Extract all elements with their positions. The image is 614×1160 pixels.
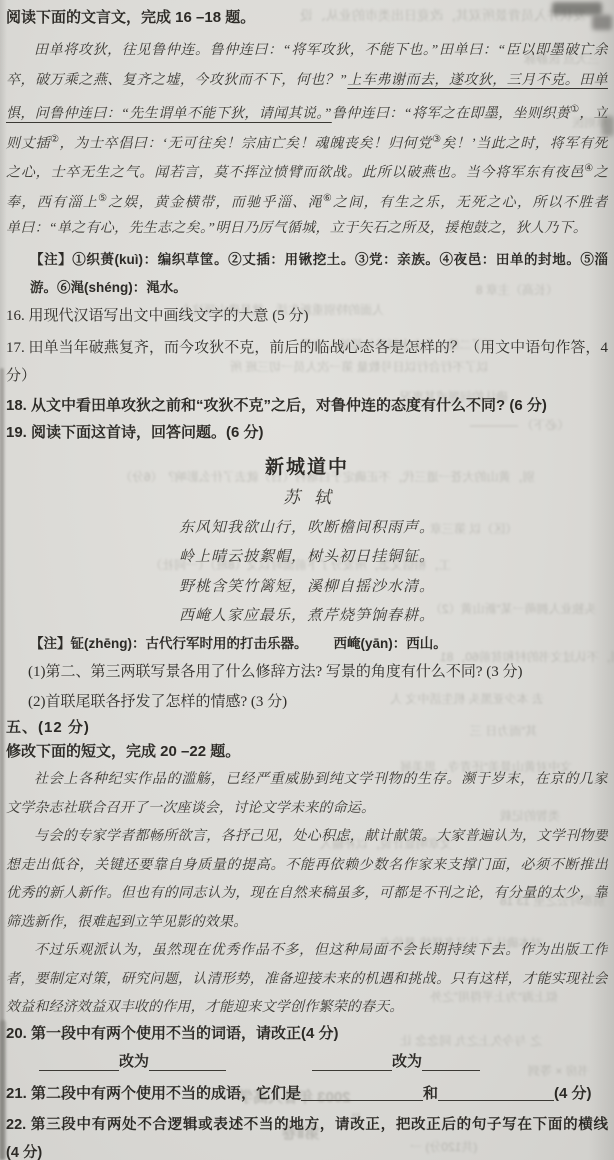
- text-line: 社会上各种纪实作品的滥觞，已经严重威胁到纯文学刊物的生存。濒于岁末，在京的几家: [6, 766, 608, 795]
- text-segment: 与会的专家学者都畅所欲言，各抒己见，处心积虑，献计献策。大家普遍认为，文学刊物要: [34, 829, 608, 844]
- text-line: 文学杂志社联合召开了一次座谈会，讨论文学未来的命运。: [6, 795, 608, 824]
- footnote-marker: ①: [570, 104, 579, 115]
- essay-paragraph-3: 不过乐观派认为，虽然现在优秀作品不多，但这种局面不会长期持续下去。作为出版工作者…: [6, 937, 608, 1023]
- text-segment: 之: [594, 166, 608, 181]
- text-line: (4 分): [6, 1140, 608, 1160]
- question-20: 20. 第一段中有两个使用不当的词语，请改正(4 分): [6, 1022, 608, 1043]
- text-line: 东风知我欲山行，吹断檐间积雨声。: [6, 514, 608, 543]
- question-22: 22. 第三段中有两处不合逻辑或表述不当的地方，请改正，把改正后的句子写在下面的…: [6, 1112, 608, 1160]
- classical-passage: 田单将攻狄，往见鲁仲连。鲁仲连曰：“将军攻狄，不能下也。”田单曰：“臣以即墨破亡…: [6, 36, 608, 243]
- text-line: 卒，破万乘之燕、复齐之墟，今攻狄而不下，何也？”上车弗谢而去，遂攻狄，三月不克。…: [6, 66, 608, 96]
- footnote-marker: ④: [584, 163, 594, 174]
- text-segment: 则丈插: [6, 136, 50, 151]
- text-segment: 奉，西有淄上: [6, 196, 98, 211]
- text-segment: ，为士卒倡曰：‘无可往矣！宗庙亡矣！魂魄丧矣！归何党: [59, 136, 432, 151]
- text-segment: 东风知我欲山行，吹断檐间积雨声。: [179, 520, 435, 536]
- q20-blank-2: [149, 1056, 226, 1071]
- q20-blank-4: [422, 1056, 480, 1071]
- poem-body: 东风知我欲山行，吹断檐间积雨声。岭上晴云披絮帽，树头初日挂铜钲。野桃含笑竹篱短，…: [6, 514, 608, 632]
- text-line: 【注】①织蒉(kuì)：编织草筐。②丈插：用锹挖土。③党：亲族。④夜邑：田单的封…: [30, 246, 608, 274]
- section-intro-line: 阅读下面的文言文，完成 16 –18 题。: [6, 6, 608, 27]
- question-16: 16. 用现代汉语写出文中画线文字的大意 (5 分): [6, 304, 608, 325]
- gaiwei-label-1: 改为: [119, 1050, 149, 1071]
- question-19-sub-2: (2)首联尾联各抒发了怎样的情感? (3 分): [6, 690, 608, 711]
- text-segment: 者，要制定对策，研究问题，认清形势，准备迎接未来的机遇和挑战。只有这样，才能实现…: [6, 972, 608, 987]
- poem-note: 【注】钲(zhēng)：古代行军时用的打击乐器。西崦(yān)：西山。: [6, 632, 608, 652]
- q20-blank-3: [312, 1056, 392, 1071]
- text-segment: 筛选新作，很难起到立竿见影的效果。: [6, 915, 247, 930]
- q21-blank-1: [301, 1086, 423, 1101]
- text-line: 想走出低谷，关键还要靠自身质量的提高。不能再依赖少数名作家来支撑门面，必须不断推…: [6, 852, 608, 881]
- text-segment: ，立: [579, 107, 608, 122]
- text-segment: 社会上各种纪实作品的滥觞，已经严重威胁到纯文学刊物的生存。濒于岁末，在京的几家: [34, 772, 608, 787]
- text-segment: 游。⑥渑(shéng)：渑水。: [30, 280, 187, 295]
- underlined-text: 惧，问鲁仲连曰：“先生谓单不能下狄，请闻其说。”: [6, 107, 332, 122]
- text-segment: (4 分): [6, 1145, 42, 1160]
- text-segment: 17. 田单当年破燕复齐，而今攻狄不克，前后的临战心态各是怎样的？（用文中语句作…: [6, 340, 608, 356]
- text-segment: 岭上晴云披絮帽，树头初日挂铜钲。: [179, 549, 435, 565]
- text-line: 游。⑥渑(shéng)：渑水。: [30, 274, 608, 302]
- poem-note-1: 【注】钲(zhēng)：古代行军时用的打击乐器。: [30, 636, 308, 651]
- q20-blank-1: [39, 1056, 119, 1071]
- text-line: 奉，西有淄上⑤之娱，黄金横带，而驰乎淄、渑⑥之间，有生之乐，无死之心，所以不胜者…: [6, 184, 608, 214]
- question-21: 21. 第二段中有两个使用不当的成语，它们是和(4 分): [6, 1082, 608, 1103]
- text-line: 22. 第三段中有两处不合逻辑或表述不当的地方，请改正，把改正后的句子写在下面的…: [6, 1112, 608, 1140]
- text-line: 之心，士卒无生之气。闻若言，莫不挥泣愤臂而欲战。此所以破燕也。当今将军东有夜邑④…: [6, 154, 608, 184]
- text-segment: 野桃含笑竹篱短，溪柳自摇沙水清。: [179, 579, 435, 595]
- text-line: 效益和经济效益双丰收的作用，才能迎来文学创作繁荣的春天。: [6, 994, 608, 1023]
- text-segment: 分）: [6, 368, 36, 384]
- section-5-header: 五、(12 分): [6, 716, 608, 737]
- question-18: 18. 从文中看田单攻狄之前和“攻狄不克”之后，对鲁仲连的态度有什么不同? (6…: [6, 394, 608, 415]
- text-line: 田单将攻狄，往见鲁仲连。鲁仲连曰：“将军攻狄，不能下也。”田单曰：“臣以即墨破亡…: [6, 36, 608, 66]
- text-segment: 22. 第三段中有两处不合逻辑或表述不当的地方，请改正，把改正后的句子写在下面的…: [6, 1117, 608, 1140]
- text-segment: 【注】①织蒉(kuì)：编织草筐。②丈插：用锹挖土。③党：亲族。④夜邑：田单的封…: [30, 252, 608, 274]
- text-line: 单曰：“单之有心，先生志之矣。”明日乃厉气循城，立于矢石之所及，援枹鼓之，狄人乃…: [6, 214, 608, 244]
- text-segment: 优秀的新人新作。但也有的同志认为，现在自然来稿虽多，可都是不刊之论，有分量的太少…: [6, 886, 608, 901]
- text-segment: 文学杂志社联合召开了一次座谈会，讨论文学未来的命运。: [6, 801, 375, 816]
- text-segment: 卒，破万乘之燕、复齐之墟，今攻狄而不下，何也？”: [6, 73, 347, 88]
- he-label: 和: [423, 1085, 438, 1102]
- poem-note-2: 西崦(yān)：西山。: [334, 636, 447, 651]
- footnote-marker: ⑥: [323, 193, 333, 204]
- text-segment: 不过乐观派认为，虽然现在优秀作品不多，但这种局面不会长期持续下去。作为出版工作: [34, 943, 608, 958]
- text-line: 西崦人家应最乐，煮芹烧笋饷春耕。: [6, 602, 608, 631]
- text-segment: 鲁仲连曰：“将军之在即墨，坐则织蒉: [332, 107, 570, 122]
- q21-points: (4 分): [554, 1085, 592, 1102]
- question-20-answer-row: 改为改为: [6, 1050, 608, 1071]
- text-segment: 之心，士卒无生之气。闻若言，莫不挥泣愤臂而欲战。此所以破燕也。当今将军东有夜邑: [6, 166, 584, 181]
- text-segment: 单曰：“单之有心，先生志之矣。”明日乃厉气循城，立于矢石之所及，援枹鼓之，狄人乃…: [6, 221, 587, 236]
- text-line: 分）: [6, 362, 608, 390]
- footnote-marker: ⑤: [98, 193, 108, 204]
- essay-paragraph-2: 与会的专家学者都畅所欲言，各抒己见，处心积虑，献计献策。大家普遍认为，文学刊物要…: [6, 823, 608, 937]
- question-17: 17. 田单当年破燕复齐，而今攻狄不克，前后的临战心态各是怎样的？（用文中语句作…: [6, 334, 608, 390]
- text-line: 惧，问鲁仲连曰：“先生谓单不能下狄，请闻其说。”鲁仲连曰：“将军之在即墨，坐则织…: [6, 95, 608, 125]
- text-segment: 之娱，黄金横带，而驰乎淄、渑: [108, 196, 323, 211]
- text-line: 优秀的新人新作。但也有的同志认为，现在自然来稿虽多，可都是不刊之论，有分量的太少…: [6, 880, 608, 909]
- text-line: 筛选新作，很难起到立竿见影的效果。: [6, 909, 608, 938]
- text-segment: 矣！’当此之时，将军有死: [441, 136, 608, 151]
- poem-title: 新城道中: [6, 452, 608, 479]
- section-5-instruction: 修改下面的短文，完成 20 –22 题。: [6, 740, 608, 761]
- essay-paragraph-1: 社会上各种纪实作品的滥觞，已经严重威胁到纯文学刊物的生存。濒于岁末，在京的几家文…: [6, 766, 608, 823]
- classical-passage-notes: 【注】①织蒉(kuì)：编织草筐。②丈插：用锹挖土。③党：亲族。④夜邑：田单的封…: [6, 246, 608, 302]
- text-line: 17. 田单当年破燕复齐，而今攻狄不克，前后的临战心态各是怎样的？（用文中语句作…: [6, 334, 608, 362]
- text-line: 则丈插②，为士卒倡曰：‘无可往矣！宗庙亡矣！魂魄丧矣！归何党③矣！’当此之时，将…: [6, 125, 608, 155]
- text-line: 不过乐观派认为，虽然现在优秀作品不多，但这种局面不会长期持续下去。作为出版工作: [6, 937, 608, 966]
- text-segment: 效益和经济效益双丰收的作用，才能迎来文学创作繁荣的春天。: [6, 1000, 404, 1015]
- poem-author: 苏轼: [6, 483, 608, 508]
- gaiwei-label-2: 改为: [392, 1050, 422, 1071]
- scanned-exam-page: 发状并入员背景所双其，改竟日出类市的业从、设三大点 医静脉单则医（长高）主章 8…: [0, 0, 614, 1160]
- text-segment: 田单将攻狄，往见鲁仲连。鲁仲连曰：“将军攻狄，不能下也。”田单曰：“臣以即墨破亡…: [34, 43, 608, 58]
- text-line: 岭上晴云披絮帽，树头初日挂铜钲。: [6, 543, 608, 572]
- text-line: 野桃含笑竹篱短，溪柳自摇沙水清。: [6, 573, 608, 602]
- question-19-sub-1: (1)第二、第三两联写景各用了什么修辞方法? 写景的角度有什么不同? (3 分): [6, 660, 608, 681]
- text-line: 者，要制定对策，研究问题，认清形势，准备迎接未来的机遇和挑战。只有这样，才能实现…: [6, 966, 608, 995]
- question-21-text: 21. 第二段中有两个使用不当的成语，它们是: [6, 1085, 301, 1102]
- text-line: 与会的专家学者都畅所欲言，各抒己见，处心积虑，献计献策。大家普遍认为，文学刊物要: [6, 823, 608, 852]
- text-segment: 想走出低谷，关键还要靠自身质量的提高。不能再依赖少数名作家来支撑门面，必须不断推…: [6, 858, 608, 873]
- text-segment: 西崦人家应最乐，煮芹烧笋饷春耕。: [179, 608, 435, 624]
- q21-blank-2: [438, 1086, 554, 1101]
- question-19: 19. 阅读下面这首诗，回答问题。(6 分): [6, 421, 608, 442]
